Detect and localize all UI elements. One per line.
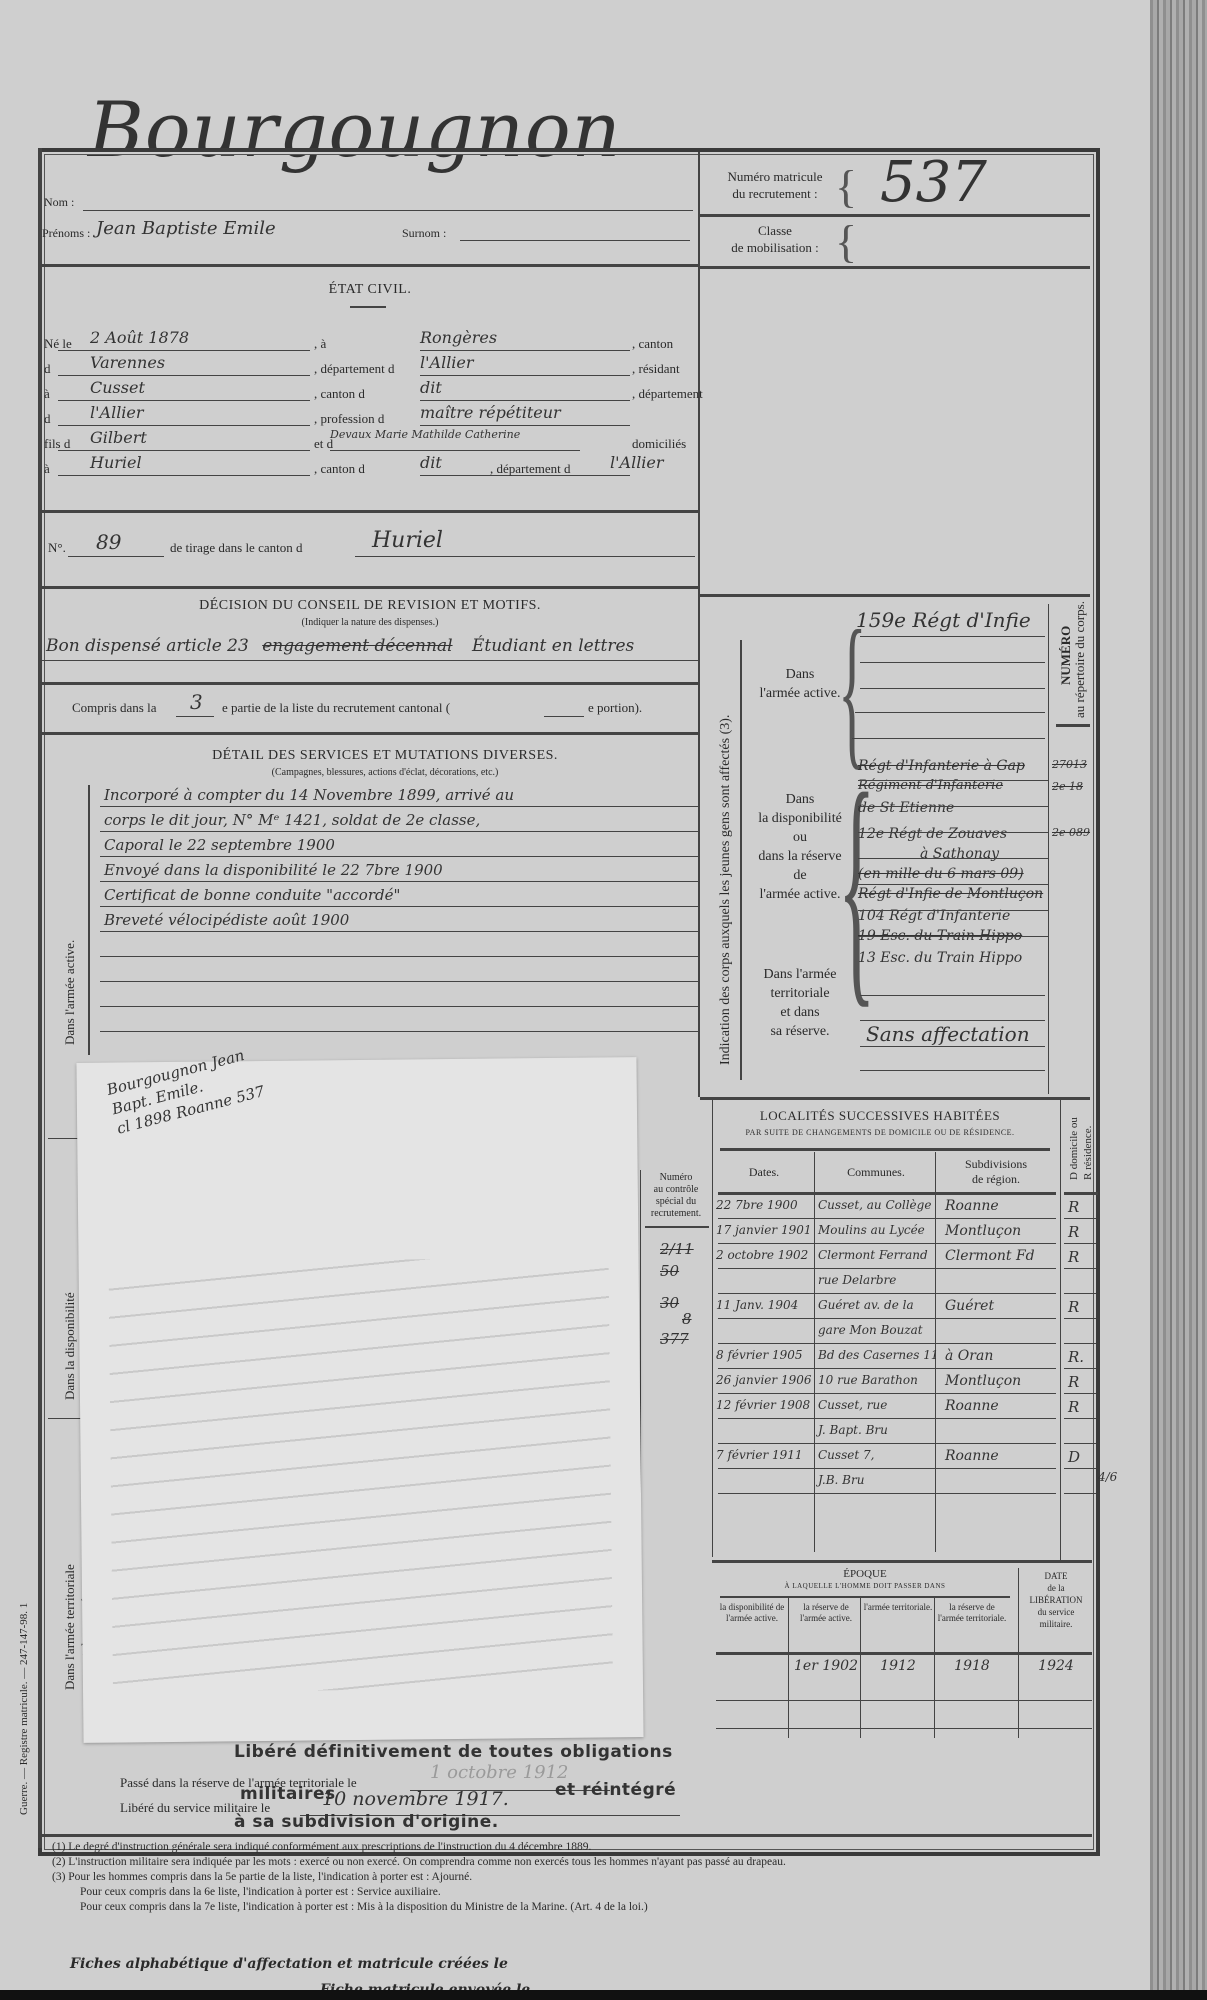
ruled-line [100,806,698,807]
book-page-edges [1150,0,1207,2000]
corps-territ-entry: Sans affectation [866,1022,1030,1046]
liberation-value: 1924 [1020,1658,1092,1674]
footnotes: (1) Le degré d'instruction générale sera… [52,1840,786,1915]
margin-print: Guerre. — Registre matricule. — 247-147-… [18,1603,30,1815]
etat-label: à [44,386,50,402]
ruled-line [1064,1493,1096,1494]
tirage-prefix: N°. [48,540,66,556]
label-line: du service [1020,1606,1092,1618]
ruled-line [718,1393,1056,1394]
etat-tail: domiciliés [632,436,686,452]
reserve-number: 2e 089 [1052,826,1090,839]
loc-subdiv: Roanne [945,1398,999,1414]
epoque-subtitle: À LAQUELLE L'HOMME DOIT PASSER DANS [720,1582,1010,1590]
ruled-line [718,1468,1056,1469]
epoque-col-label: la réserve de l'armée active. [790,1602,862,1624]
epoque-col-label: l'armée territoriale. [862,1602,934,1613]
liberation-stamp-2: militaires [240,1784,336,1804]
label-line: sa réserve. [745,1022,855,1041]
ruled-line [1064,1468,1096,1469]
loc-subdiv: Montluçon [945,1223,1021,1239]
underline [58,425,310,426]
label-line: territoriale [745,984,855,1003]
ruled-line [1064,1368,1096,1369]
ruled-line [100,956,698,957]
loc-commune: rue Delarbre [818,1273,896,1287]
col-subdivisions: Subdivisionsde région. [936,1157,1056,1187]
tirage-label: de tirage dans le canton d [170,540,302,556]
ruled-line [718,1368,1056,1369]
loc-commune: Bd des Casernes 11 [818,1348,938,1362]
reserve-entry: Régt d'Infanterie à Gap [858,758,1025,774]
epoque-col-label: la réserve de l'armée territoriale. [936,1602,1008,1624]
liberation-title: DATEde laLIBÉRATIONdu servicemilitaire. [1020,1570,1092,1630]
passe-value: 1 octobre 1912 [430,1762,568,1783]
ruled-line [718,1268,1056,1269]
etat-civil-title: ÉTAT CIVIL. [40,282,700,298]
ruled-line [718,1418,1056,1419]
loc-dr-extra: 4/6 [1098,1470,1117,1484]
loc-dr: R. [1068,1348,1084,1366]
loc-subdiv: Roanne [945,1198,999,1214]
register-page: Bourgougnon Nom : Prénoms : Jean Baptist… [0,0,1150,2000]
scan-border [0,1990,1207,2000]
loc-commune: J. Bapt. Bru [818,1423,888,1437]
ruled-line [1064,1418,1096,1419]
label-line: LIBÉRATION [1020,1594,1092,1606]
underline [58,450,310,451]
loc-dr: R [1068,1248,1079,1266]
reserve-entry: de St Etienne [858,800,954,816]
label-line: DATE [1020,1570,1092,1582]
etat-label: , profession d [314,411,384,427]
label-line: de la [1020,1582,1092,1594]
loc-commune: gare Mon Bouzat [818,1323,923,1337]
portion-tail: e portion). [588,700,642,716]
loc-date: 26 janvier 1906 [716,1373,812,1387]
ruled-line [100,1031,698,1032]
ruled-line [858,936,1048,937]
etat-value: 2 Août 1878 [90,328,189,347]
loc-dr: R [1068,1398,1079,1416]
etat-tail: , canton [632,336,673,352]
prenoms-value: Jean Baptiste Emile [96,218,276,239]
underline [58,350,310,351]
loc-date: 22 7bre 1900 [716,1198,798,1212]
etat-label: à [44,461,50,477]
loc-commune: 10 rue Barathon [818,1373,918,1387]
col-communes: Communes. [816,1165,936,1180]
service-entry: Envoyé dans la disponibilité le 22 7bre … [104,861,443,879]
loc-commune: Cusset, au Collège [818,1198,931,1212]
loc-commune: J.B. Bru [818,1473,864,1487]
label-line: et dans [745,1003,855,1022]
ruled-line [1064,1243,1096,1244]
reserve-entry: Régt d'Infie de Montluçon [858,886,1043,902]
underline [420,425,630,426]
ruled-line [100,831,698,832]
tirage-number: 89 [96,530,121,554]
ruled-line [100,881,698,882]
label-line: militaire. [1020,1618,1092,1630]
loc-commune: Cusset 7, [818,1448,874,1462]
ruled-line [858,806,1048,807]
label-line: recrutement. [642,1208,710,1220]
epoque-value: 1912 [862,1658,934,1674]
underline [58,375,310,376]
etat-label: d [44,361,51,377]
label-line: spécial du [642,1196,710,1208]
loc-date: 17 janvier 1901 [716,1223,812,1237]
compris-value: 3 [190,690,203,714]
ruled-line [858,858,1048,859]
loc-subdiv: Montluçon [945,1373,1021,1389]
reserve-entry: (en mille du 6 mars 09) [858,866,1024,882]
reserve-entry: 13 Esc. du Train Hippo [858,950,1022,966]
underline [58,400,310,401]
liberation-stamp-1: Libéré définitivement de toutes obligati… [234,1742,673,1762]
label-line: au contrôle [642,1184,710,1196]
etat-label: d [44,411,51,427]
loc-dr: R [1068,1198,1079,1216]
ruled-line [718,1318,1056,1319]
numero-label-2: au répertoire du corps. [1072,601,1088,718]
epoque-title: ÉPOQUE [720,1568,1010,1580]
compris-label: Compris dans la [72,700,157,716]
label-line: Numéro [642,1172,710,1184]
loc-date: 11 Janv. 1904 [716,1298,798,1312]
services-subtitle: (Campagnes, blessures, actions d'éclat, … [70,767,700,778]
col-divider [788,1598,789,1738]
epoque-value: 1918 [936,1658,1008,1674]
footnote: Pour ceux compris dans la 7e liste, l'in… [52,1900,786,1915]
decision-subtitle: (Indiquer la nature des dispenses.) [40,617,700,628]
ruled-line [718,1443,1056,1444]
col-divider [934,1598,935,1738]
dr-label-2: R résidence. [1082,1126,1094,1180]
ruled-line [858,780,1048,781]
localites-title: LOCALITÉS SUCCESSIVES HABITÉES [715,1108,1045,1124]
etat-value: Gilbert [90,428,147,447]
etat-value: Devaux Marie Mathilde Catherine [330,428,520,441]
loc-commune: Guéret av. de la [818,1298,914,1312]
etat-tail: , résidant [632,361,680,377]
ruled-line [1064,1343,1096,1344]
decision-title: DÉCISION DU CONSEIL DE REVISION ET MOTIF… [40,598,700,614]
bottom-stamp-1: Fiches alphabétique d'affectation et mat… [70,1956,508,1972]
etat-value: Rongères [420,328,497,347]
service-entry: Caporal le 22 septembre 1900 [104,836,335,854]
loc-commune: Clermont Ferrand [818,1248,928,1262]
loc-commune: Moulins au Lycée [818,1223,925,1237]
compris-tail: e partie de la liste du recrutement cant… [222,700,450,716]
etat-value: l'Allier [90,403,144,422]
corps-active-entry: 159e Régt d'Infie [856,608,1031,632]
ruled-line [858,884,1048,885]
etat-label: , département d [314,361,395,377]
services-title: DÉTAIL DES SERVICES ET MUTATIONS DIVERSE… [70,748,700,764]
col-dates: Dates. [714,1165,814,1180]
footnote: Pour ceux compris dans la 6e liste, l'in… [52,1885,786,1900]
surnom-label: Surnom : [402,226,446,241]
etat-value: Huriel [90,453,142,472]
loc-date: 12 février 1908 [716,1398,810,1412]
attached-note: Bourgougnon JeanBapt. Emile.cl 1898 Roan… [76,1057,643,1743]
ruled-line [718,1293,1056,1294]
tirage-canton: Huriel [372,528,443,553]
epoque-col-label: la disponibilité de l'armée active. [716,1602,788,1624]
loc-date: 8 février 1905 [716,1348,803,1362]
ruled-line [100,1006,698,1007]
ruled-line [858,832,1048,833]
side-label-active: Dans l'armée active. [62,940,78,1045]
underline [420,350,630,351]
ruled-line [858,910,1048,911]
ruled-line [100,856,698,857]
underline [420,375,630,376]
loc-commune: Cusset, rue [818,1398,887,1412]
loc-dr: R [1068,1298,1079,1316]
side-label-dispo-1: Dans la disponibilité [62,1292,78,1400]
ruled-line [1064,1318,1096,1319]
service-entry: Certificat de bonne conduite "accordé" [104,886,400,904]
etat-value: maître répétiteur [420,403,561,422]
loc-subdiv: à Oran [945,1348,993,1364]
reserve-number: 2e 18 [1052,780,1083,793]
controle-value: 50 [660,1262,679,1280]
service-entry: Incorporé à compter du 14 Novembre 1899,… [104,786,514,804]
loc-subdiv: Clermont Fd [945,1248,1035,1264]
loc-dr: R [1068,1223,1079,1241]
localites-subtitle: PAR SUITE DE CHANGEMENTS DE DOMICILE OU … [715,1128,1045,1137]
dr-label-1: D domicile ou [1068,1117,1080,1180]
loc-subdiv: Roanne [945,1448,999,1464]
reserve-entry: à Sathonay [920,846,999,862]
ruled-line [718,1343,1056,1344]
etat-label: , canton d [314,386,365,402]
ruled-line [100,906,698,907]
etat-tail: , département [632,386,703,402]
loc-dr: R [1068,1373,1079,1391]
loc-subdiv: Guéret [945,1298,994,1314]
ruled-line [718,1493,1056,1494]
ruled-line [100,931,698,932]
service-entry: corps le dit jour, N° Mᵉ 1421, soldat de… [104,811,480,829]
reserve-entry: 12e Régt de Zouaves [858,826,1007,842]
loc-dr: D [1068,1448,1080,1466]
ruled-line [1064,1393,1096,1394]
ruled-line [1064,1218,1096,1219]
classe-label: Classede mobilisation : [705,222,845,256]
controle-value: 377 [660,1330,689,1348]
etat-value: dit [420,378,442,397]
etat-value: l'Allier [610,453,664,472]
matricule-value: 537 [880,150,987,215]
ruled-line [100,981,698,982]
reserve-number: 27013 [1052,758,1087,771]
liberation-stamp-3: et réintégré [555,1780,676,1800]
etat-value: Varennes [90,353,165,372]
ruled-line [718,1243,1056,1244]
corps-territ-label: Dans l'arméeterritorialeet danssa réserv… [745,965,855,1041]
corps-vertical-label: Indication des corps auxquels les jeunes… [718,715,734,1065]
underline [420,400,630,401]
etat-label: , canton d [314,461,365,477]
service-entry: Breveté vélocipédiste août 1900 [104,911,349,929]
underline [330,450,580,451]
etat-label: , à [314,336,326,352]
footnote: (3) Pour les hommes compris dans la 5e p… [52,1870,786,1885]
controle-value: 2/11 [660,1240,694,1258]
footnote: (1) Le degré d'instruction générale sera… [52,1840,786,1855]
matricule-label: Numéro matriculedu recrutement : [705,168,845,202]
loc-date: 7 février 1911 [716,1448,803,1462]
underline [58,475,310,476]
footnote: (2) L'instruction militaire sera indiqué… [52,1855,786,1870]
nom-label: Nom : [44,195,74,210]
ruled-line [1064,1268,1096,1269]
etat-value: l'Allier [420,353,474,372]
ruled-line [1064,1443,1096,1444]
loc-date: 2 octobre 1902 [716,1248,808,1262]
prenoms-label: Prénoms : [42,226,90,241]
decision-text: Bon dispensé article 23 engagement décen… [46,636,634,656]
libere-value: 10 novembre 1917. [322,1788,509,1810]
liberation-stamp-4: à sa subdivision d'origine. [234,1812,499,1832]
ruled-line [1064,1293,1096,1294]
etat-tail: , département d [490,461,571,477]
ruled-line [718,1218,1056,1219]
side-label-terr-1: Dans l'armée territoriale [62,1564,78,1690]
etat-value: Cusset [90,378,145,397]
controle-label: Numéroau contrôlespécial durecrutement. [642,1172,710,1220]
epoque-value: 1er 1902 [790,1658,862,1674]
etat-value: dit [420,453,442,472]
controle-value: 8 [682,1310,692,1328]
controle-value: 30 [660,1294,679,1312]
label-line: Dans l'armée [745,965,855,984]
